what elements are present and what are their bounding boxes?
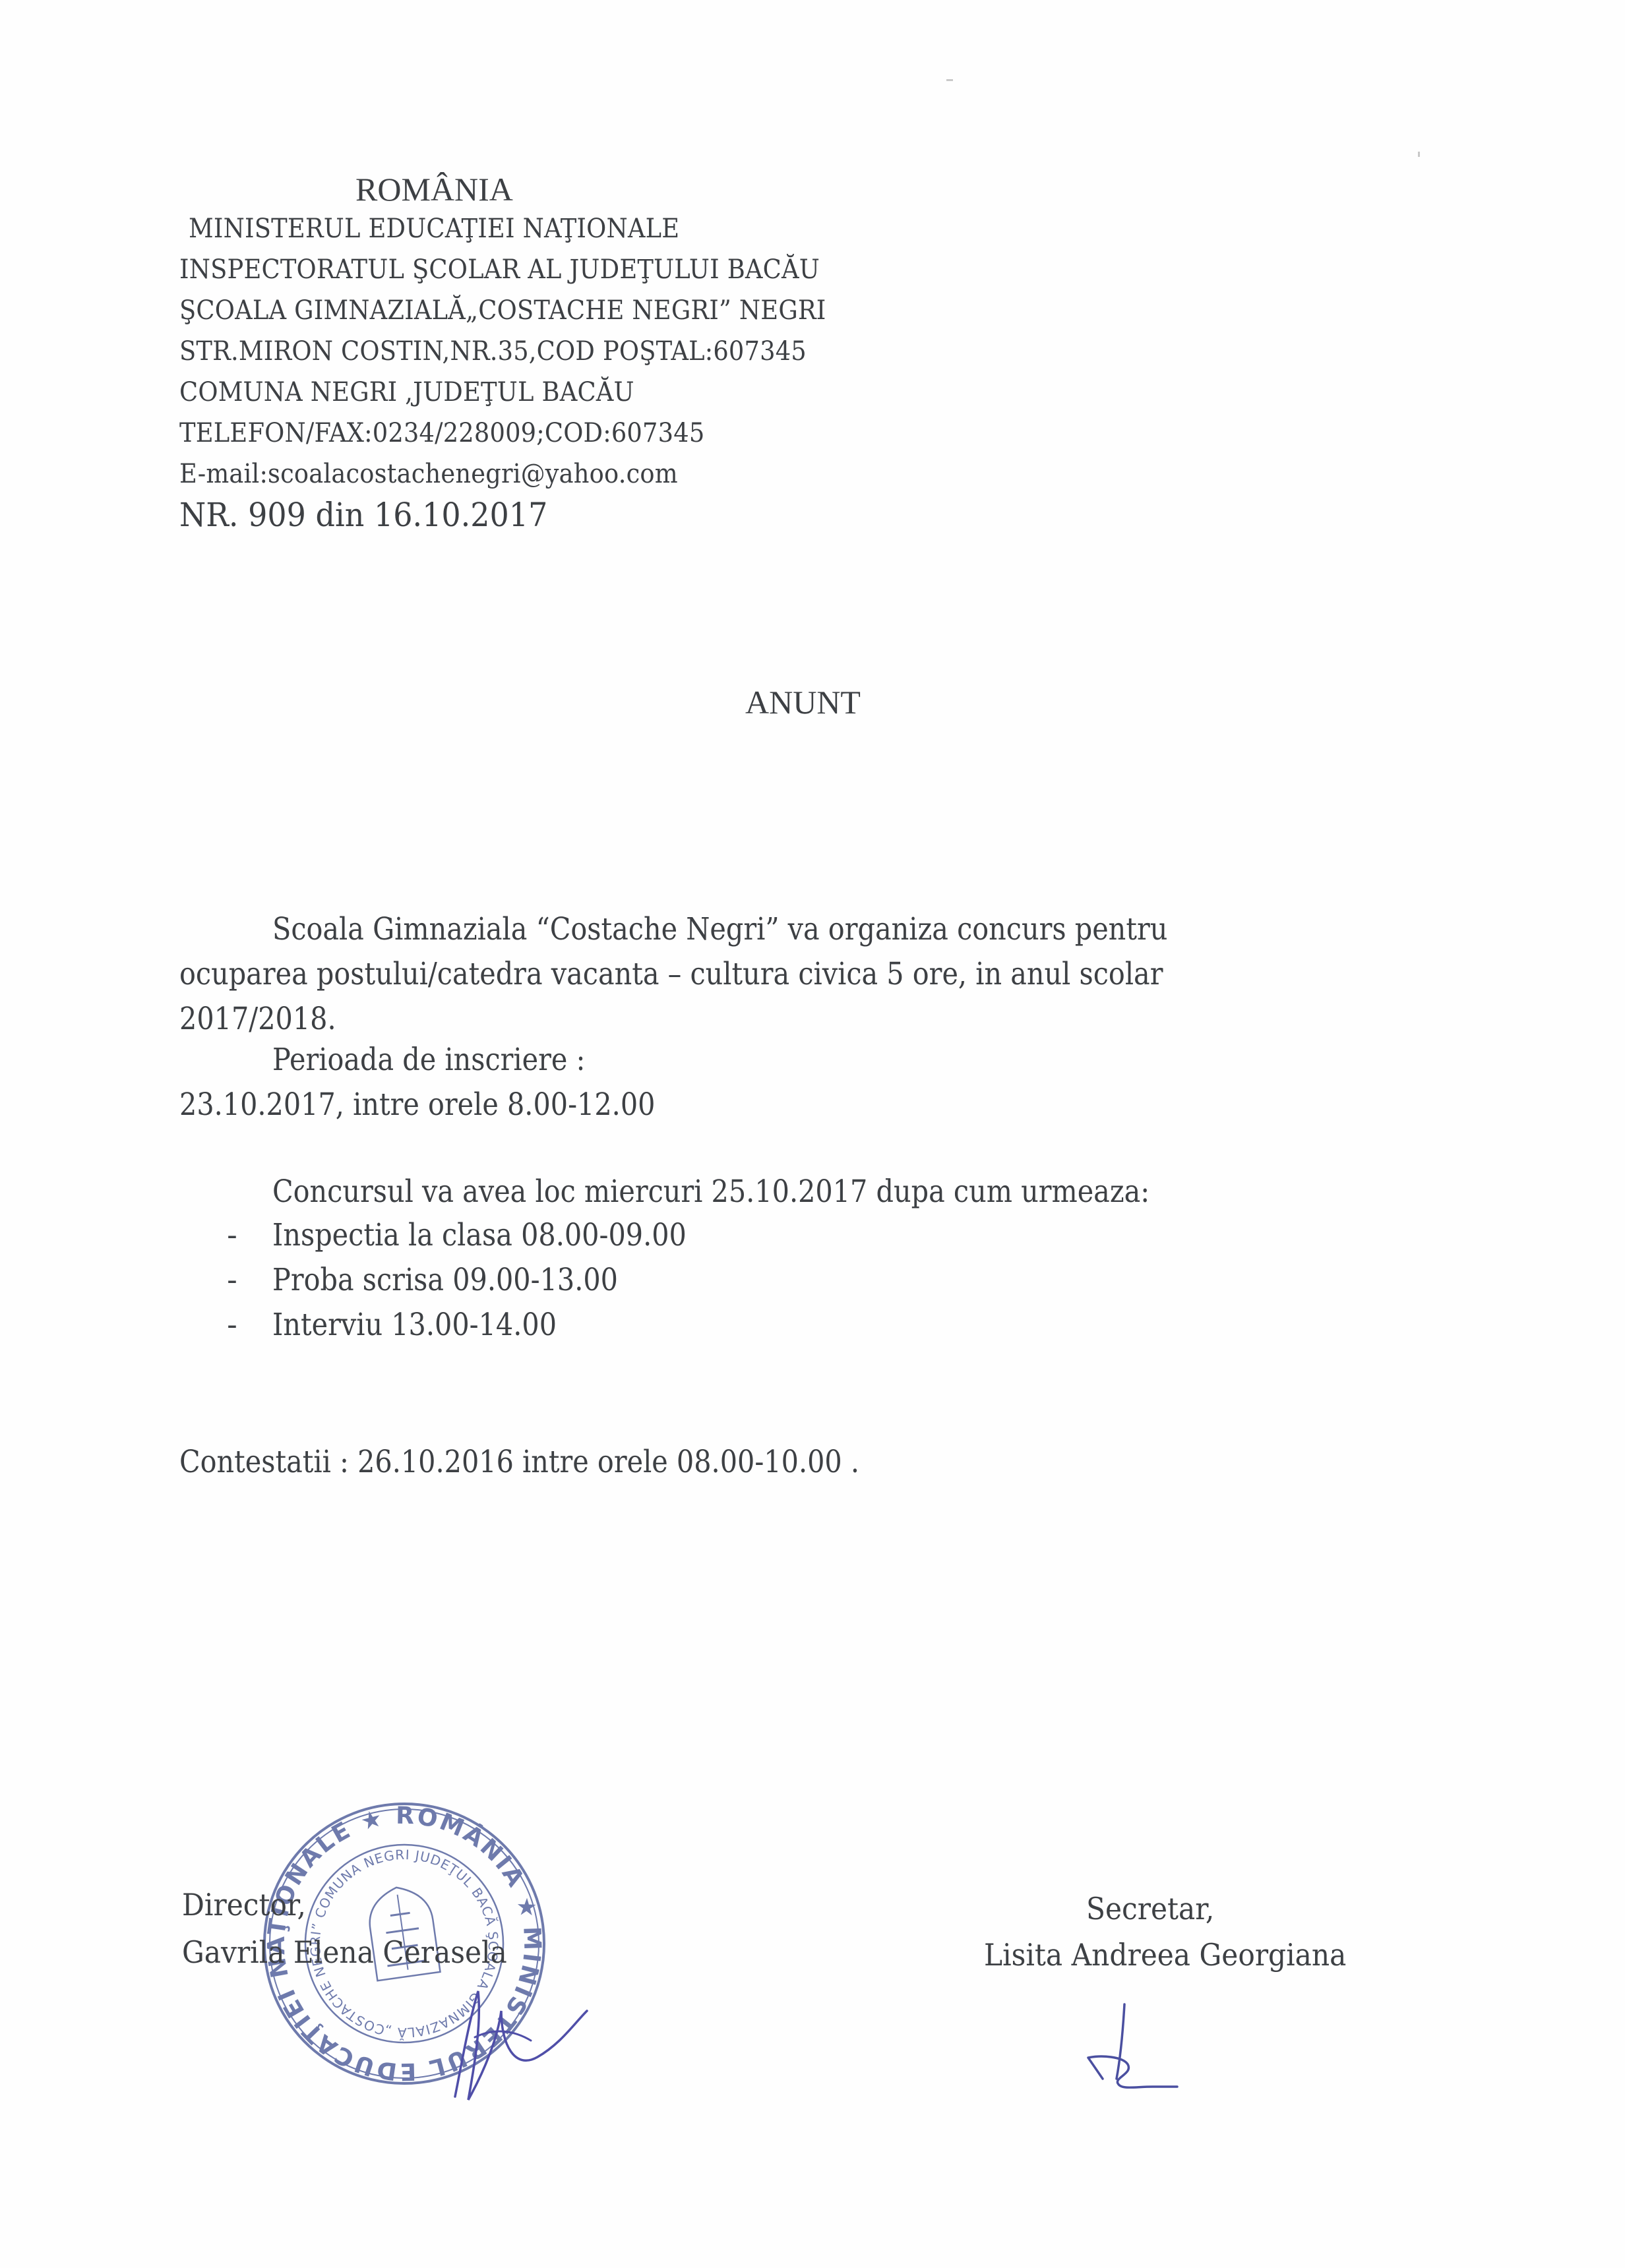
header-email: E-mail:scoalacostachenegri@yahoo.com [179,459,678,489]
schedule-text: Proba scrisa 09.00-13.00 [272,1262,618,1298]
appeals-line: Contestatii : 26.10.2016 intre orele 08.… [179,1444,859,1480]
director-role: Director, [182,1887,306,1923]
body-paragraph-line-3: 2017/2018. [179,1001,336,1037]
header-ministry: MINISTERUL EDUCAŢIEI NAŢIONALE [189,214,679,244]
header-phone: TELEFON/FAX:0234/228009;COD:607345 [179,418,704,448]
director-signature-icon [422,1965,594,2110]
enrollment-value: 23.10.2017, intre orele 8.00-12.00 [179,1087,655,1123]
document-page: ROMÂNIA MINISTERUL EDUCAŢIEI NAŢIONALE I… [0,0,1625,2268]
secretary-name: Lisita Andreea Georgiana [984,1937,1346,1973]
header-country: ROMÂNIA [355,170,513,208]
secretary-signature-icon [1049,2001,1200,2100]
secretary-role: Secretar, [1086,1891,1214,1926]
schedule-text: Inspectia la clasa 08.00-09.00 [272,1217,687,1253]
enrollment-label: Perioada de inscriere : [272,1042,585,1078]
schedule-bullet: - [227,1218,237,1252]
schedule-bullet: - [227,1308,237,1342]
header-address: STR.MIRON COSTIN,NR.35,COD POŞTAL:607345 [179,336,807,367]
schedule-text: Interviu 13.00-14.00 [272,1307,557,1343]
header-inspectorate: INSPECTORATUL ŞCOLAR AL JUDEŢULUI BACĂU [179,254,820,285]
schedule-bullet: - [227,1263,237,1297]
header-school: ŞCOALA GIMNAZIALĂ„COSTACHE NEGRI” NEGRI [179,295,826,326]
contest-intro: Concursul va avea loc miercuri 25.10.201… [272,1174,1150,1210]
body-paragraph-line-1: Scoala Gimnaziala “Costache Negri” va or… [272,911,1167,947]
registration-number: NR. 909 din 16.10.2017 [179,496,547,534]
body-paragraph-line-2: ocuparea postului/catedra vacanta – cult… [179,956,1163,992]
header-commune: COMUNA NEGRI ,JUDEŢUL BACĂU [179,377,634,407]
scan-artifact [1418,152,1420,157]
document-title: ANUNT [745,683,861,721]
scan-artifact [946,79,953,81]
